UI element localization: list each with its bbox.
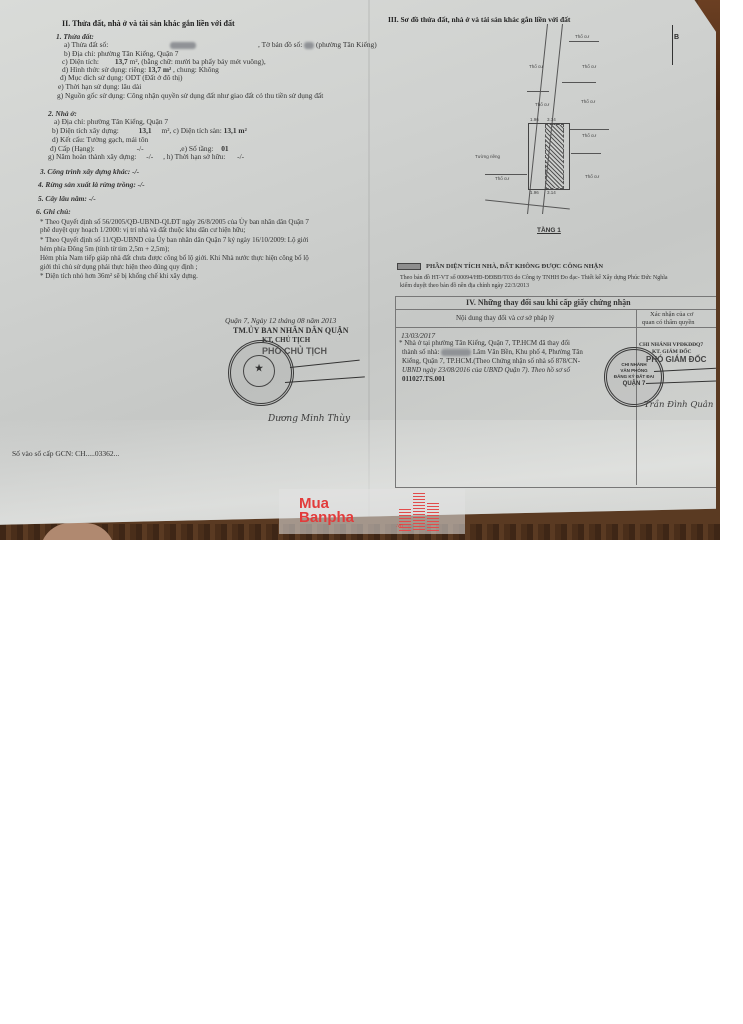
watermark-logo-text: Mua Banpha (299, 497, 354, 525)
entry-line-4: UBND ngày 23/08/2016 của UBND Quận 7). T… (402, 366, 570, 375)
star-icon: ★ (255, 363, 263, 374)
house-a: a) Địa chỉ: phường Tân Kiểng, Quận 7 (54, 117, 168, 126)
signature-stroke (285, 376, 365, 383)
house-g: g) Năm hoàn thành xây dựng: -/- , h) Thờ… (48, 152, 244, 161)
entry-line-5: 011027.TS.001 (402, 375, 445, 384)
issue-date: Quận 7, Ngày 12 tháng 08 năm 2013 (225, 316, 336, 325)
parcel-diagram: Thổ cư Thổ cư Thổ cư Thổ cư Thổ cư Thổ c… (485, 24, 645, 249)
document-photo: II. Thửa đất, nhà ở và tài sản khác gắn … (0, 0, 720, 540)
redacted-parcel-number (170, 42, 196, 49)
note-line-3: * Theo Quyết định số 11/QĐ-UBND của Ủy b… (40, 236, 308, 245)
house-b: b) Diện tích xây dựng: 13,1 m², c) Diện … (52, 126, 247, 135)
signer-name: Dương Minh Thùy (268, 414, 350, 424)
building-icon (413, 493, 425, 531)
register-number: Số vào sổ cấp GCN: CH.....03362... (12, 449, 119, 458)
unrecognized-area-hatch (545, 124, 564, 189)
official-seal-right: CHI NHÁNH VĂN PHÒNG ĐĂNG KÝ ĐẤT ĐAI QUẬN… (604, 347, 664, 407)
item-5: 5. Cây lâu năm: -/- (38, 194, 96, 203)
legend-swatch (397, 263, 421, 270)
col1-header: Nội dung thay đổi và cơ sở pháp lý (456, 314, 554, 323)
issuing-org: TM.ỦY BAN NHÂN DÂN QUẬN (233, 326, 348, 335)
redacted-house-number (441, 349, 471, 356)
item-4: 4. Rừng sản xuất là rừng trồng: -/- (38, 180, 145, 189)
legend-label: PHẦN DIỆN TÍCH NHÀ, ĐẤT KHÔNG ĐƯỢC CÔNG … (426, 262, 603, 271)
survey-line-2: kiểm duyệt theo bản đồ nền địa chính ngà… (400, 282, 529, 291)
section2-title: II. Thửa đất, nhà ở và tài sản khác gắn … (62, 19, 235, 28)
note-line-7: * Diện tích nhỏ hơn 36m² sẽ bị khống chế… (40, 272, 198, 281)
official-seal-left: ★ (228, 340, 294, 406)
signature-stroke (654, 368, 716, 372)
changes-table: IV. Những thay đổi sau khi cấp giấy chứn… (395, 296, 717, 488)
building-icon (427, 503, 439, 531)
confirm-name: Trần Đình Quân (644, 400, 713, 410)
floor-label: TẦNG 1 (537, 227, 561, 234)
item-3: 3. Công trình xây dựng khác: -/- (40, 167, 139, 176)
land-e: đ) Mục đích sử dụng: ODT (Đất ở đô thị) (60, 73, 183, 82)
note-line-5: Hẻm phía Nam tiếp giáp nhà đất chưa được… (40, 254, 309, 263)
note-line-6: giới thì chủ sử dụng phải thực hiện theo… (40, 263, 198, 272)
redacted-map-sheet (304, 42, 314, 49)
north-arrow-icon (672, 25, 673, 65)
col2-header-2: quan có thẩm quyền (642, 318, 695, 327)
watermark: Mua Banpha .vn (279, 489, 465, 534)
entry-line-1: * Nhà ở tại phường Tân Kiểng, Quận 7, TP… (399, 339, 570, 348)
land-g: g) Nguồn gốc sử dụng: Công nhận quyền sử… (57, 91, 323, 100)
land-a: a) Thửa đất số: , Tờ bản đồ số: (phường … (64, 40, 377, 49)
entry-line-2: thành số nhà: Lâm Văn Bền, Khu phố 4, Ph… (402, 348, 583, 357)
entry-line-3: Kiểng, Quận 7, TP.HCM.(Theo Chứng nhận s… (402, 357, 580, 366)
section3-title: III. Sơ đồ thửa đất, nhà ở và tài sản kh… (388, 15, 570, 24)
note-line-4: hẻm phía Đông 5m (tính từ tim 2,5m + 2,5… (40, 245, 169, 254)
house-d: d) Kết cấu: Tường gạch, mái tôn (52, 135, 148, 144)
north-label: B (674, 34, 679, 41)
table-header-row: Nội dung thay đổi và cơ sở pháp lý Xác n… (396, 309, 716, 328)
land-f: e) Thời hạn sử dụng: lâu dài (58, 82, 141, 91)
signature-stroke (290, 360, 360, 368)
note-line-2: phê duyệt quy hoạch 1/2000: vị trí nhà v… (40, 226, 245, 235)
notes-heading: 6. Ghi chú: (36, 207, 71, 216)
certificate-page: II. Thửa đất, nhà ở và tài sản khác gắn … (0, 0, 716, 530)
section4-title: IV. Những thay đổi sau khi cấp giấy chứn… (466, 298, 631, 307)
